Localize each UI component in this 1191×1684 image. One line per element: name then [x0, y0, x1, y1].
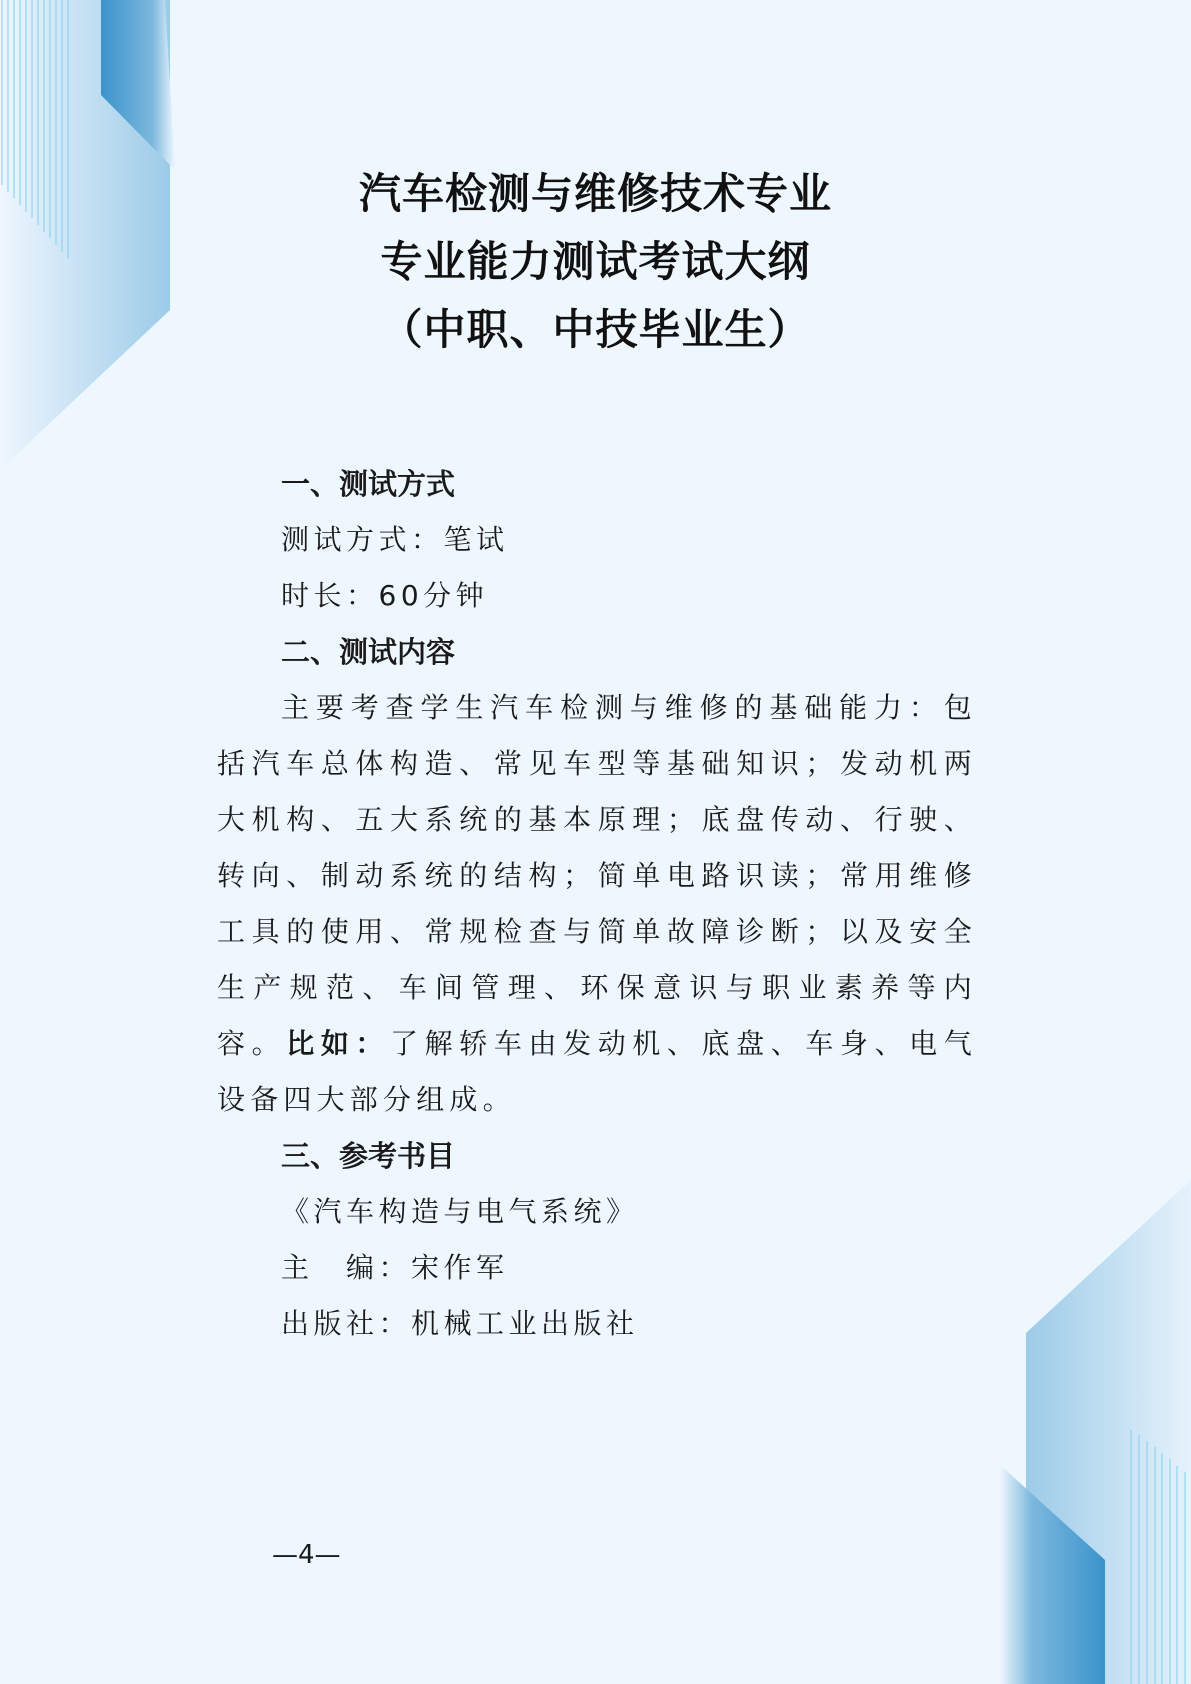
reference-book-publisher: 出版社：机械工业出版社: [217, 1296, 977, 1352]
section-2-paragraph: 主要考查学生汽车检测与维修的基础能力：包括汽车总体构造、常见车型等基础知识；发动…: [217, 680, 977, 1128]
reference-book-title: 《汽车构造与电气系统》: [217, 1184, 977, 1240]
section-3-heading: 三、参考书目: [217, 1128, 977, 1184]
reference-book-editor: 主 编：宋作军: [217, 1240, 977, 1296]
section-1-heading: 一、测试方式: [217, 456, 977, 512]
decorative-corner-bottom-right: [990, 1130, 1191, 1684]
document-body: 一、测试方式 测试方式：笔试 时长：60分钟 二、测试内容 主要考查学生汽车检测…: [217, 456, 977, 1352]
title-line-2: 专业能力测试考试大纲: [0, 228, 1191, 296]
page-number: —4—: [272, 1540, 341, 1570]
content-description: 主要考查学生汽车检测与维修的基础能力：包括汽车总体构造、常见车型等基础知识；发动…: [217, 691, 977, 1060]
document-title: 汽车检测与维修技术专业 专业能力测试考试大纲 （中职、中技毕业生）: [0, 160, 1191, 364]
section-2-heading: 二、测试内容: [217, 624, 977, 680]
title-line-1: 汽车检测与维修技术专业: [0, 160, 1191, 228]
test-duration: 时长：60分钟: [217, 568, 977, 624]
test-method: 测试方式：笔试: [217, 512, 977, 568]
title-line-3: （中职、中技毕业生）: [0, 296, 1191, 364]
example-label: 比如：: [286, 1027, 390, 1060]
